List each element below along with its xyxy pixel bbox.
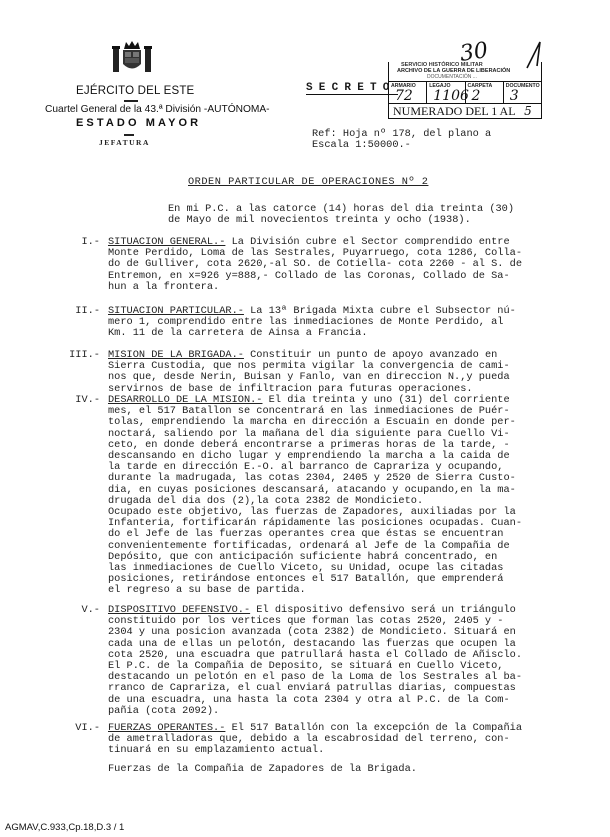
section-text: constituido por los vertices que forman … [108,615,522,717]
numbered-label: NUMERADO DEL 1 AL [393,104,515,118]
section-text: mero 1, comprendido entre las inmediacio… [108,316,503,339]
section-body: SITUACION PARTICULAR.- La 13ª Brigada Mi… [108,306,516,340]
section-body: FUERZAS OPERANTES.- El 517 Batallón con … [108,723,522,757]
document-title: ORDEN PARTICULAR DE OPERACIONES Nº 2 [188,177,428,188]
section-first-line: La 13ª Brigada Mixta cubre el Subsector … [244,305,516,317]
stamp-cell-documento: DOCUMENTO 3 [504,82,541,103]
archive-stamp: SERVICIO HISTÓRICO MILITAR ARCHIVO DE LA… [388,62,542,119]
numbered-value: 5 [518,104,538,119]
classification-label: SECRETO [306,82,398,95]
staff-name: ESTADO MAYOR [76,117,201,129]
section-number: IV.- [0,395,100,406]
stamp-line-3: DOCUMENTACIÓN ... [427,74,477,80]
stamp-value: 72 [395,88,413,104]
section-text: mes, el 517 Batallon se concentrará en l… [108,405,522,596]
headquarters-name: Cuartel General de la 43.ª División -AUT… [45,104,270,115]
map-reference: Ref: Hoja nº 178, del plano a Escala 1:5… [312,129,491,151]
intro-paragraph: En mi P.C. a las catorce (14) horas del … [168,204,514,226]
section-body: DISPOSITIVO DEFENSIVO.- El dispositivo d… [108,605,522,717]
section-number: III.- [0,350,100,361]
section-number: II.- [0,306,100,317]
section-heading: SITUACION GENERAL.- [108,236,225,248]
section-body: DESARROLLO DE LA MISION.- El dia treinta… [108,395,522,597]
section-heading: DESARROLLO DE LA MISION.- [108,394,262,406]
section-extra-line: Fuerzas de la Compañia de Zapadores de l… [108,764,417,775]
section-first-line: El dia treinta y uno (31) del corriente [262,394,509,406]
archive-reference-footer: AGMAV,C.933,Cp.18,D.3 / 1 [5,822,124,833]
section-first-line: El dispositivo defensivo será un triángu… [250,604,516,616]
stamp-cell-carpeta: CARPETA 2 [466,82,504,103]
section-text: Sierra Custodia, que nos permita vigilar… [108,360,510,394]
stamp-value: 1106 [433,88,469,104]
army-name: EJÉRCITO DEL ESTE [76,85,194,97]
section-first-line: El 517 Batallón con la excepción de la C… [225,722,522,734]
section-text: de ametralladoras que, debido a la escab… [108,733,510,756]
section-text: Monte Perdido, Loma de las Sestrales, Pu… [108,247,522,293]
section-number: V.- [0,605,100,616]
stamp-value: 3 [510,88,519,104]
divider [124,134,134,136]
stamp-cell-armario: ARMARIO 72 [389,82,427,103]
stamp-cell-legajo: LEGAJO 1106 [427,82,465,103]
coat-of-arms-icon [111,40,153,74]
section-body: MISION DE LA BRIGADA.- Constituir un pun… [108,350,510,395]
numbered-range: NUMERADO DEL 1 AL 5 [393,104,538,119]
section-first-line: Constituir un punto de apoyo avanzado en [244,349,497,361]
divider [124,100,138,102]
section-heading: MISION DE LA BRIGADA.- [108,349,244,361]
section-number: I.- [0,237,100,248]
section-number: VI.- [0,723,100,734]
section-first-line: La División cubre el Sector comprendido … [225,236,509,248]
section-heading: SITUACION PARTICULAR.- [108,305,244,317]
section-heading: FUERZAS OPERANTES.- [108,722,225,734]
reference-line-2: Escala 1:50000.- [312,140,491,151]
office-name: JEFATURA [99,138,150,147]
section-body: SITUACION GENERAL.- La División cubre el… [108,237,522,293]
stamp-value: 2 [472,88,481,104]
section-heading: DISPOSITIVO DEFENSIVO.- [108,604,250,616]
